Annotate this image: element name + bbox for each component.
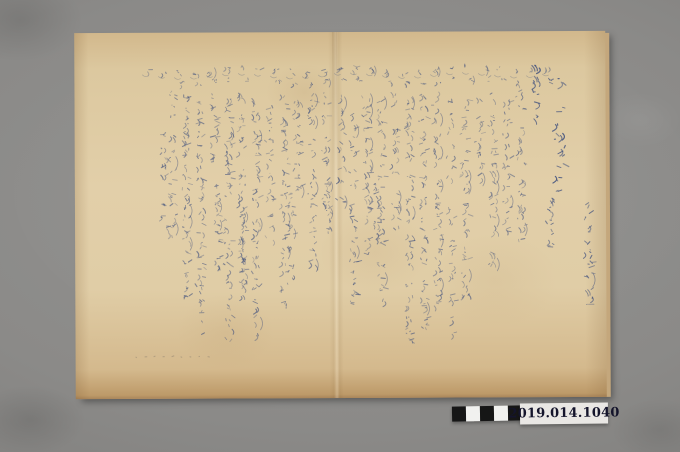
handwriting-column bbox=[182, 95, 193, 299]
handwriting-column bbox=[278, 95, 291, 308]
catalog-number-label: 2019.014.1040 bbox=[520, 403, 608, 425]
handwriting-column bbox=[545, 198, 554, 247]
archival-photo: 2019.014.1040 bbox=[0, 0, 680, 452]
handwriting-column bbox=[474, 98, 486, 186]
handwriting-column bbox=[362, 94, 374, 255]
scale-bar-segment bbox=[466, 406, 480, 421]
handwriting-column bbox=[210, 94, 221, 162]
answer-row bbox=[142, 64, 553, 90]
handwriting-column bbox=[532, 65, 541, 124]
handwriting-column bbox=[446, 99, 459, 339]
handwriting-column bbox=[194, 102, 207, 335]
catalog-number-text: 2019.014.1040 bbox=[508, 405, 619, 421]
handwriting-column bbox=[159, 133, 170, 234]
handwriting-column bbox=[583, 203, 596, 305]
handwriting-column bbox=[168, 91, 178, 239]
handwriting-column bbox=[335, 95, 347, 208]
scale-bar-segment bbox=[480, 406, 494, 421]
handwriting-column bbox=[488, 93, 500, 271]
handwriting-column bbox=[236, 93, 247, 288]
handwriting-column bbox=[404, 97, 416, 344]
document-paper bbox=[74, 31, 607, 399]
handwriting-column bbox=[251, 99, 264, 341]
handwriting-column bbox=[292, 100, 305, 198]
handwriting-column bbox=[324, 182, 333, 234]
handwriting-column bbox=[348, 113, 361, 304]
handwriting-column bbox=[516, 90, 528, 242]
handwriting-column bbox=[390, 92, 401, 229]
handwriting-column bbox=[308, 93, 320, 271]
handwriting-column bbox=[502, 100, 515, 235]
handwriting-column bbox=[376, 97, 389, 307]
scale-bar-segment bbox=[452, 406, 466, 421]
handwriting-column bbox=[222, 99, 236, 342]
handwriting-column bbox=[431, 92, 443, 311]
handwriting-column bbox=[459, 100, 473, 300]
handwriting-column bbox=[214, 185, 223, 271]
handwriting-column bbox=[264, 106, 276, 246]
handwriting-layer bbox=[74, 31, 607, 399]
handwriting-column bbox=[288, 193, 298, 280]
pencil-marks bbox=[136, 356, 210, 358]
scale-bar-segment bbox=[494, 406, 508, 421]
handwriting-column bbox=[552, 79, 569, 192]
handwriting-column bbox=[418, 94, 431, 329]
